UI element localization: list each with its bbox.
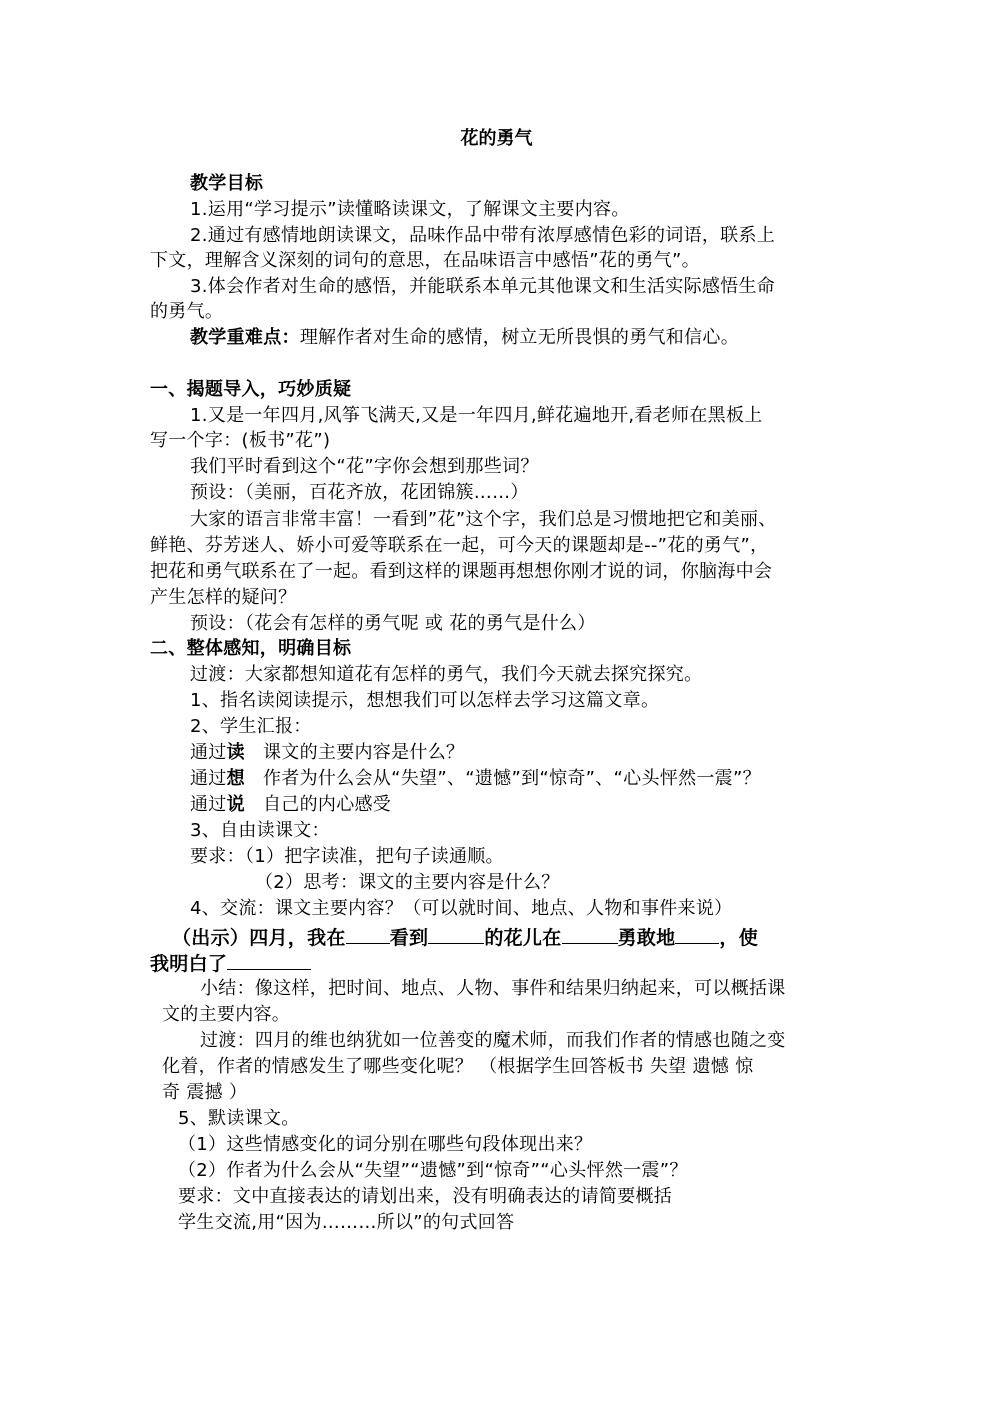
objectives-heading: 教学目标: [190, 173, 263, 195]
section1-line: 鲜艳、芬芳迷人、娇小可爱等联系在一起，可今天的课题却是--”花的勇气”，: [150, 535, 768, 557]
section2-line: （1）这些情感变化的词分别在哪些句段体现出来？: [178, 1134, 592, 1156]
report-think: 通过想 作者为什么会从“失望”、“遗憾”到“惊奇”、“心头怦然一震”？: [190, 768, 761, 790]
section2-line: 4、交流：课文主要内容？（可以就时间、地点、人物和事件来说）: [190, 898, 732, 920]
report-read: 通过读 课文的主要内容是什么？: [190, 742, 464, 764]
objective-2-cont: 下文，理解含义深刻的词句的意思，在品味语言中感悟”花的勇气”。: [150, 250, 700, 272]
document-title: 花的勇气: [0, 124, 993, 150]
section2-line: 学生交流,用“因为………所以”的句式回答: [178, 1212, 514, 1234]
objective-1: 1.运用“学习提示”读懂略读课文，了解课文主要内容。: [190, 199, 630, 221]
section2-heading: 二、整体感知，明确目标: [150, 638, 351, 660]
key-difficulty-text: 理解作者对生命的感情，树立无所畏惧的勇气和信心。: [300, 327, 739, 348]
section1-line: 预设：（花会有怎样的勇气呢 或 花的勇气是什么）: [190, 613, 596, 635]
section2-line: 过渡：大家都想知道花有怎样的勇气，我们今天就去探究探究。: [190, 664, 702, 686]
section2-line: 奇 震撼 ）: [162, 1082, 247, 1104]
blank-field: [346, 925, 390, 944]
section2-line: （2）作者为什么会从“失望”“遗憾”到“惊奇”“心头怦然一震”？: [178, 1160, 688, 1182]
section2-line: 5、默读课文。: [178, 1108, 300, 1130]
section1-line: 大家的语言非常丰富！一看到”花”这个字，我们总是习惯地把它和美丽、: [190, 509, 777, 531]
section2-line: 要求：（1）把字读准，把句子读通顺。: [190, 846, 504, 868]
section2-line: 过渡：四月的维也纳犹如一位善变的魔术师，而我们作者的情感也随之变: [200, 1030, 786, 1052]
section1-line: 产生怎样的疑问？: [150, 587, 296, 609]
section2-line: 小结：像这样，把时间、地点、人物、事件和结果归纳起来，可以概括课: [200, 978, 786, 1000]
objective-3: 3.体会作者对生命的感悟，并能联系本单元其他课文和生活实际感悟生命: [190, 276, 775, 298]
key-difficulty: 教学重难点：理解作者对生命的感情，树立无所畏惧的勇气和信心。: [190, 327, 739, 349]
section2-line: 化着，作者的情感发生了哪些变化呢？ （根据学生回答板书 失望 遗憾 惊: [162, 1056, 753, 1078]
section2-line: 1、指名读阅读提示，想想我们可以怎样去学习这篇文章。: [190, 690, 659, 712]
section2-line: 文的主要内容。: [162, 1004, 290, 1026]
objective-2: 2.通过有感情地朗读课文，品味作品中带有浓厚感情色彩的词语，联系上: [190, 225, 775, 247]
fill-in-sentence: （出示）四月，我在看到的花儿在勇敢地，使: [172, 925, 758, 949]
blank-field: [675, 925, 719, 944]
section1-line: 我们平时看到这个“花”字你会想到那些词？: [190, 456, 539, 478]
section2-line: 2、学生汇报：: [190, 716, 312, 738]
objective-3-cont: 的勇气。: [150, 301, 223, 323]
section1-line: 写一个字：(板书”花”): [150, 430, 330, 452]
section2-line: 3、自由读课文：: [190, 820, 330, 842]
fill-in-sentence-cont: 我明白了: [150, 951, 311, 975]
section2-line: 要求：文中直接表达的请划出来，没有明确表达的请简要概括: [178, 1186, 672, 1208]
section1-line: 把花和勇气联系在了一起。看到这样的课题再想想你刚才说的词，你脑海中会: [150, 561, 772, 583]
section1-heading: 一、揭题导入，巧妙质疑: [150, 379, 351, 401]
section1-line: 预设：（美丽，百花齐放，花团锦簇……）: [190, 482, 529, 504]
blank-field: [428, 925, 484, 944]
section2-line: （2）思考：课文的主要内容是什么？: [255, 872, 560, 894]
key-difficulty-label: 教学重难点：: [190, 327, 300, 348]
section1-line: 1.又是一年四月,风筝飞满天,又是一年四月,鲜花遍地开,看老师在黑板上: [190, 405, 763, 427]
report-speak: 通过说 自己的内心感受: [190, 794, 391, 816]
blank-field: [562, 925, 618, 944]
blank-field: [227, 951, 311, 970]
